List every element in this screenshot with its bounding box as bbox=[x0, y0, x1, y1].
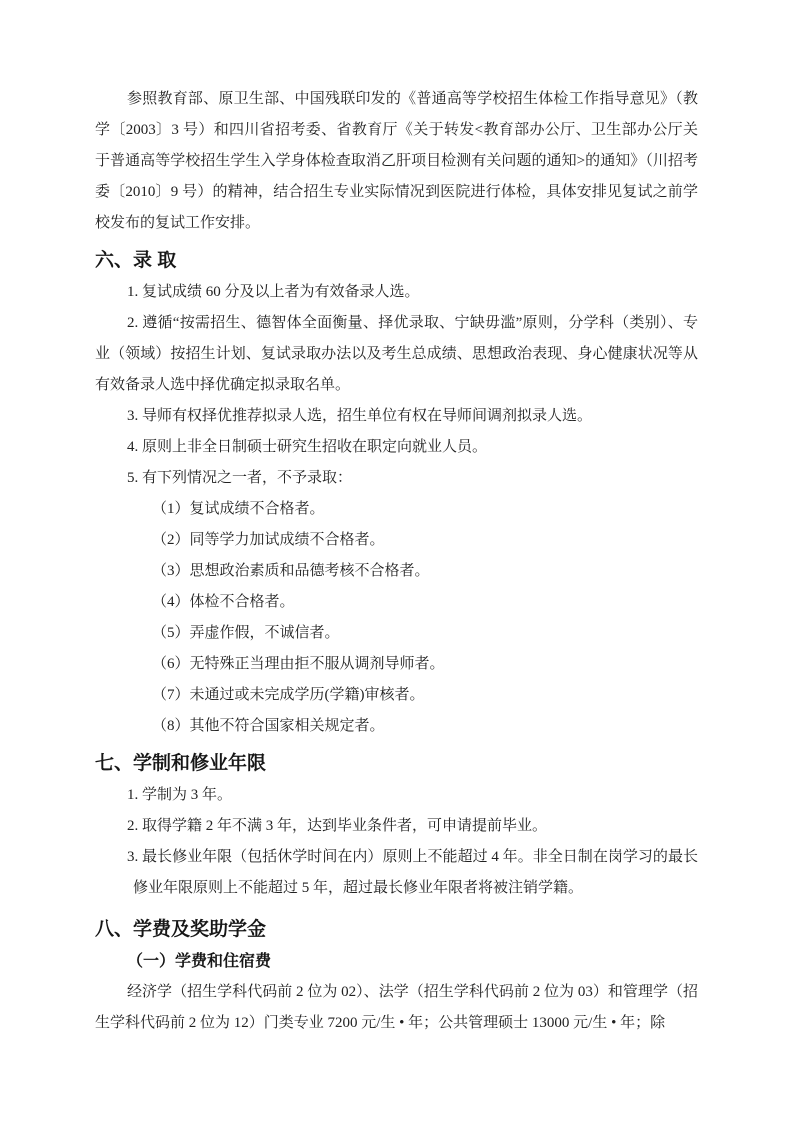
list-item: 5. 有下列情况之一者，不予录取： bbox=[95, 463, 698, 494]
intro-paragraph: 参照教育部、原卫生部、中国残联印发的《普通高等学校招生体检工作指导意见》（教学〔… bbox=[95, 84, 698, 239]
list-item: 3. 最长修业年限（包括休学时间在内）原则上不能超过 4 年。非全日制在岗学习的… bbox=[95, 842, 698, 904]
sub-list-item: （3）思想政治素质和品德考核不合格者。 bbox=[95, 556, 698, 587]
list-item: 2. 遵循“按需招生、德智体全面衡量、择优录取、宁缺毋滥”原则，分学科（类别）、… bbox=[95, 308, 698, 401]
document-section: 七、学制和修业年限1. 学制为 3 年。2. 取得学籍 2 年不满 3 年，达到… bbox=[95, 748, 698, 904]
sub-list-item: （7）未通过或未完成学历(学籍)审核者。 bbox=[95, 680, 698, 711]
sub-list-item: （5）弄虚作假，不诚信者。 bbox=[95, 618, 698, 649]
document-section: 八、学费及奖助学金（一）学费和住宿费经济学（招生学科代码前 2 位为 02）、法… bbox=[95, 914, 698, 1039]
sub-list-item: （8）其他不符合国家相关规定者。 bbox=[95, 711, 698, 742]
sub-list-item: （1）复试成绩不合格者。 bbox=[95, 494, 698, 525]
sub-list-item: （4）体检不合格者。 bbox=[95, 587, 698, 618]
sub-list-item: （6）无特殊正当理由拒不服从调剂导师者。 bbox=[95, 649, 698, 680]
section-heading: 七、学制和修业年限 bbox=[95, 748, 698, 780]
list-item: 1. 复试成绩 60 分及以上者为有效备录人选。 bbox=[95, 277, 698, 308]
subsection-heading: （一）学费和住宿费 bbox=[95, 946, 698, 977]
list-item: 1. 学制为 3 年。 bbox=[95, 780, 698, 811]
sections-container: 六、录 取1. 复试成绩 60 分及以上者为有效备录人选。2. 遵循“按需招生、… bbox=[95, 245, 698, 1039]
document-page: 参照教育部、原卫生部、中国残联印发的《普通高等学校招生体检工作指导意见》（教学〔… bbox=[0, 0, 793, 1122]
section-heading: 六、录 取 bbox=[95, 245, 698, 277]
sub-list-item: （2）同等学力加试成绩不合格者。 bbox=[95, 525, 698, 556]
body-paragraph: 经济学（招生学科代码前 2 位为 02）、法学（招生学科代码前 2 位为 03）… bbox=[95, 977, 698, 1039]
list-item: 3. 导师有权择优推荐拟录人选，招生单位有权在导师间调剂拟录人选。 bbox=[95, 401, 698, 432]
section-heading: 八、学费及奖助学金 bbox=[95, 914, 698, 946]
document-section: 六、录 取1. 复试成绩 60 分及以上者为有效备录人选。2. 遵循“按需招生、… bbox=[95, 245, 698, 742]
list-item: 2. 取得学籍 2 年不满 3 年，达到毕业条件者，可申请提前毕业。 bbox=[95, 811, 698, 842]
list-item: 4. 原则上非全日制硕士研究生招收在职定向就业人员。 bbox=[95, 432, 698, 463]
